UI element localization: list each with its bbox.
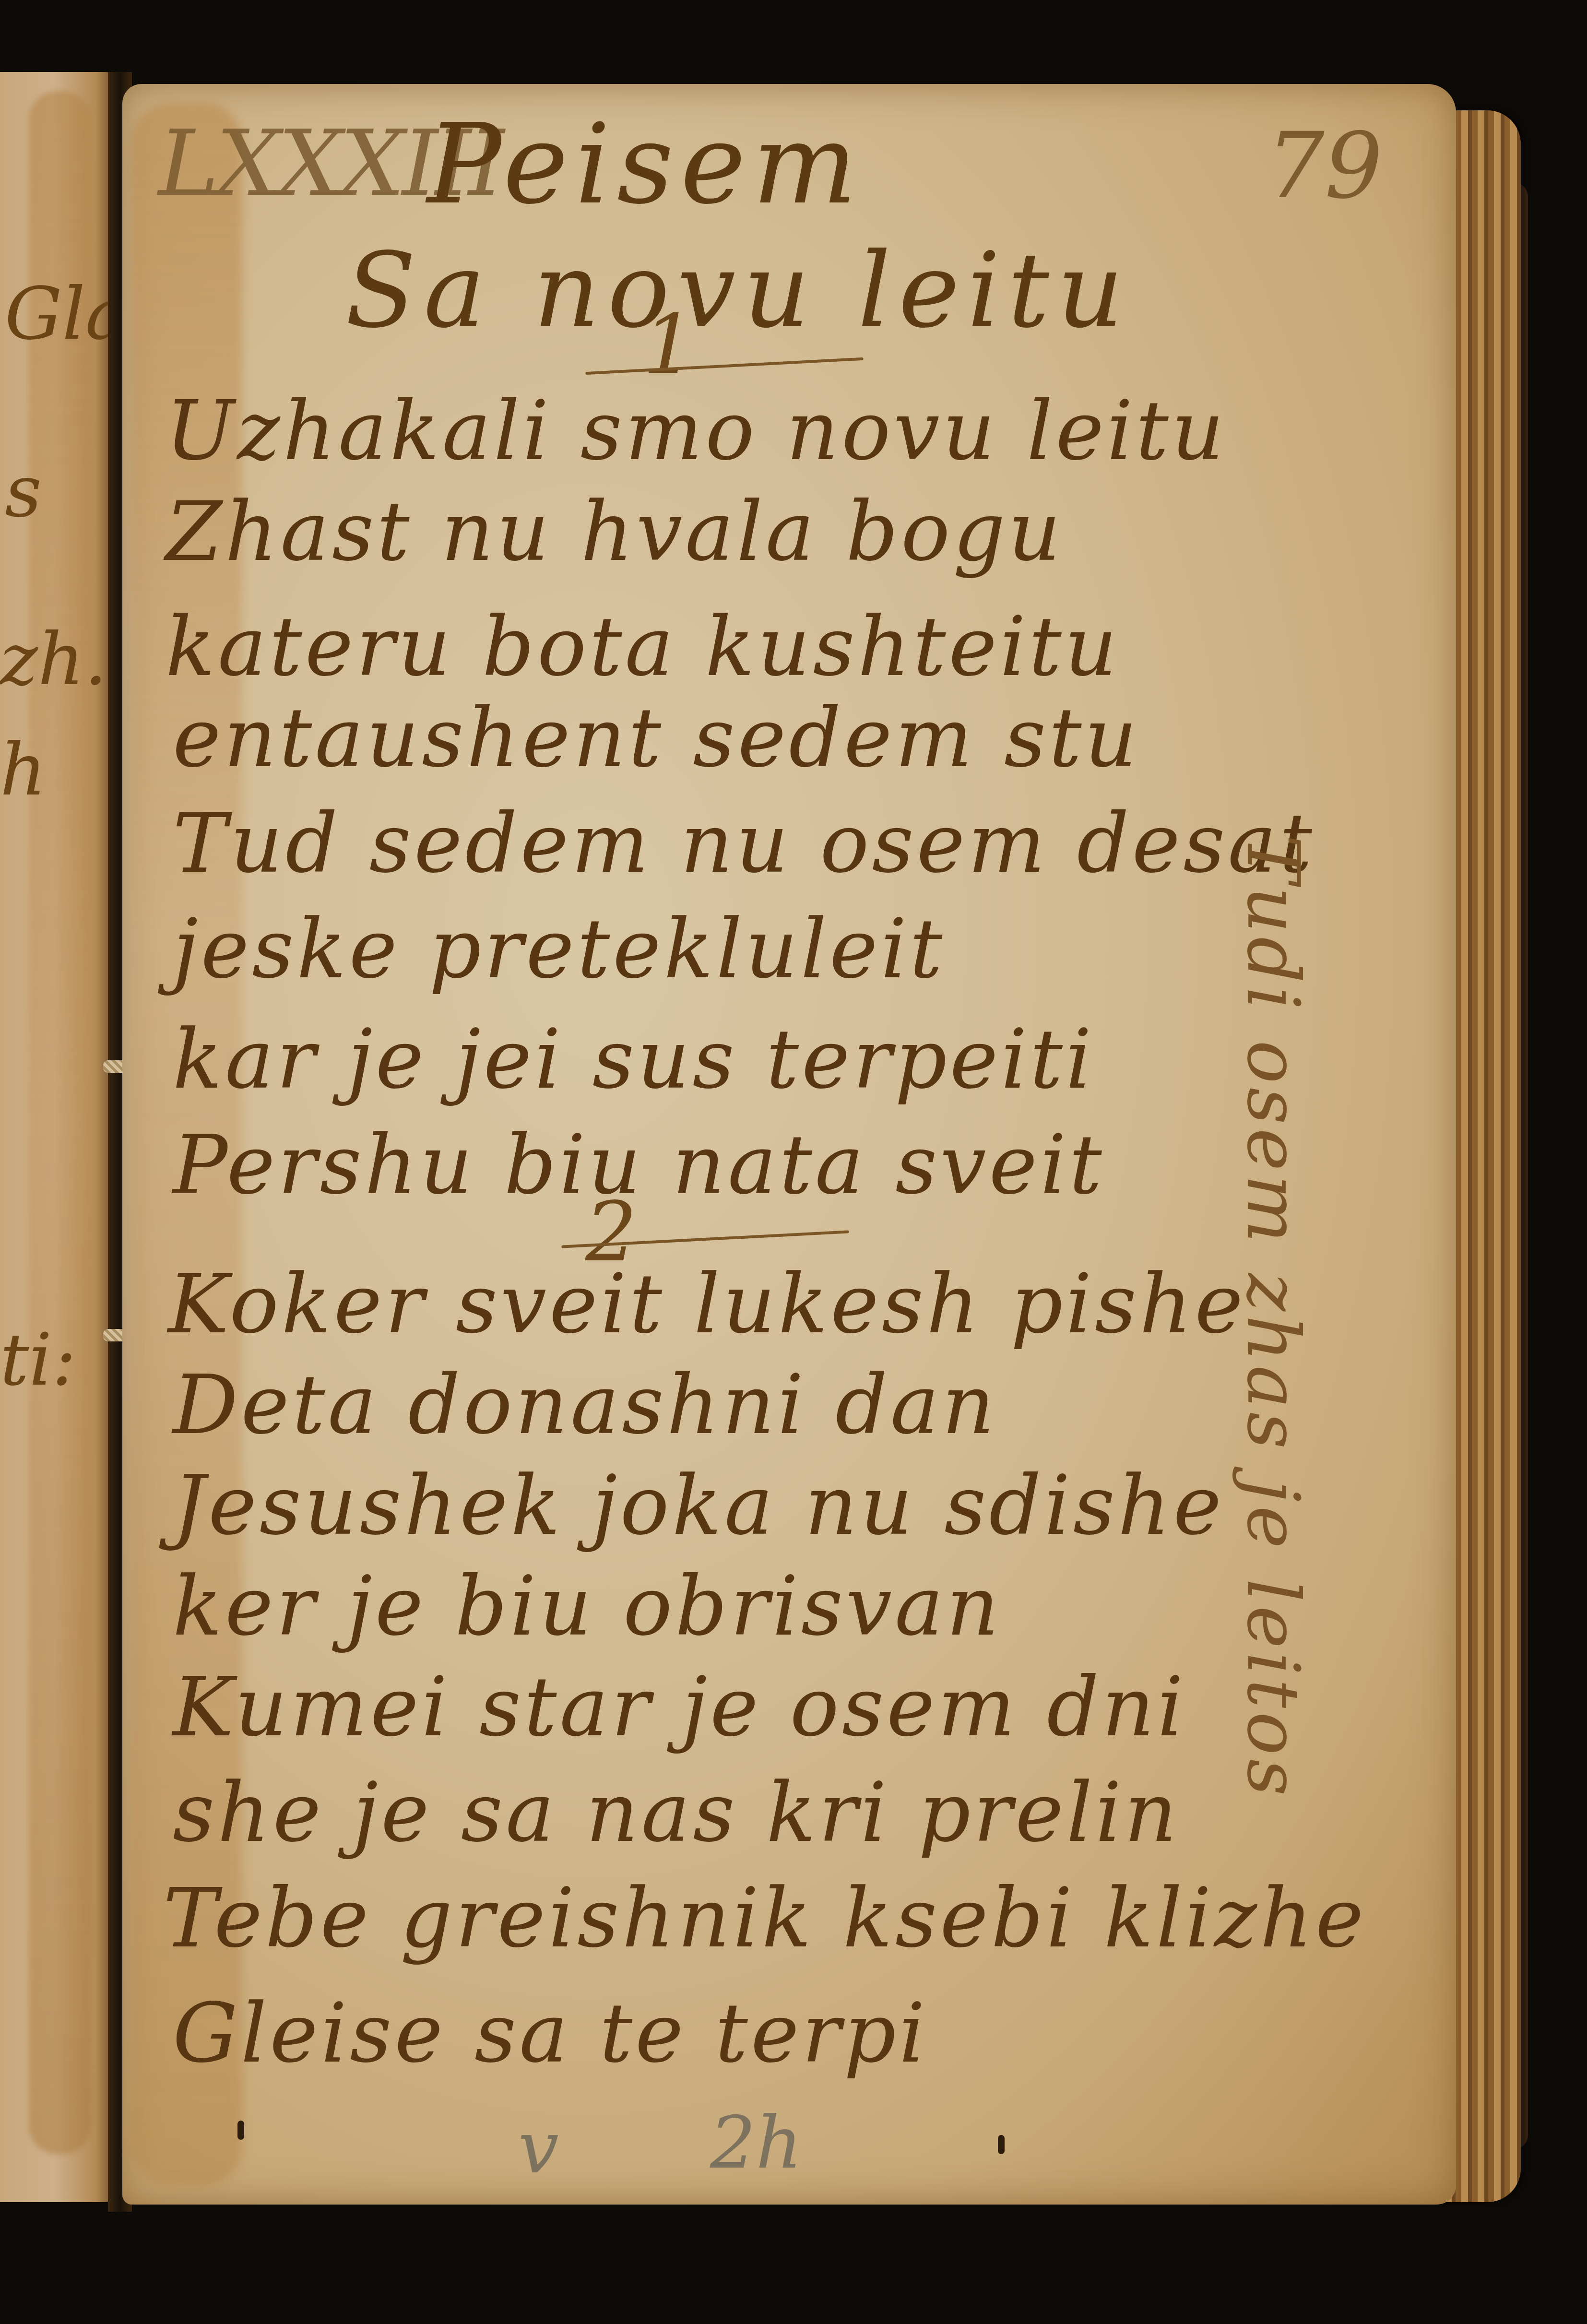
verse-line: Koker sveit lukesh pishe	[168, 1257, 1246, 1352]
page-number: 79	[1267, 113, 1383, 219]
hymn-title: Peisem	[427, 101, 864, 229]
left-page-text: ti:	[0, 1324, 76, 1396]
verse-line: jeske pretekluleit	[173, 902, 945, 997]
left-page-text: h	[0, 734, 47, 806]
verse-line: entaushent sedem stu	[173, 691, 1140, 786]
left-page-fragment: Glas s zh. h ti:	[0, 72, 120, 2202]
verse-line: Zhast nu hvala bogu	[166, 485, 1064, 580]
verse-line: Uzhakali smo novu leitu	[166, 384, 1227, 479]
pencil-mark: v	[518, 2106, 559, 2190]
verse-line: she je sa nas kri prelin	[173, 1766, 1180, 1861]
verse-line: ker je biu obrisvan	[173, 1559, 1002, 1654]
verse-line: Deta donashni dan	[173, 1358, 997, 1453]
verse-line: Pershu biu nata sveit	[173, 1118, 1105, 1213]
left-page-text: zh.	[0, 624, 107, 696]
margin-note: Tudi osem zhas je leitos	[1231, 835, 1315, 1800]
hymn-subtitle: Sa novu leitu	[345, 230, 1131, 351]
ink-blot	[998, 2135, 1005, 2154]
verse-line: Kumei star je osem dni	[173, 1660, 1186, 1755]
stanza-number: 1	[643, 297, 695, 392]
ink-blot	[237, 2121, 244, 2140]
verse-line: kar je jei sus terpeiti	[173, 1012, 1094, 1107]
verse-line: Tud sedem nu osem desat	[173, 796, 1315, 891]
verse-line: Jesushek joka nu sdishe	[173, 1458, 1224, 1553]
verse-line: Gleise sa te terpi	[173, 1986, 928, 2081]
verse-line: Tebe greishnik ksebi klizhe	[163, 1871, 1366, 1966]
verse-line: kateru bota kushteitu	[166, 600, 1120, 695]
pencil-mark: 2h	[710, 2101, 802, 2185]
left-page-text: s	[5, 456, 42, 528]
water-stain	[29, 91, 91, 2154]
manuscript-scene: Glas s zh. h ti: LXXXIII Peisem 79 Sa no…	[0, 0, 1587, 2324]
